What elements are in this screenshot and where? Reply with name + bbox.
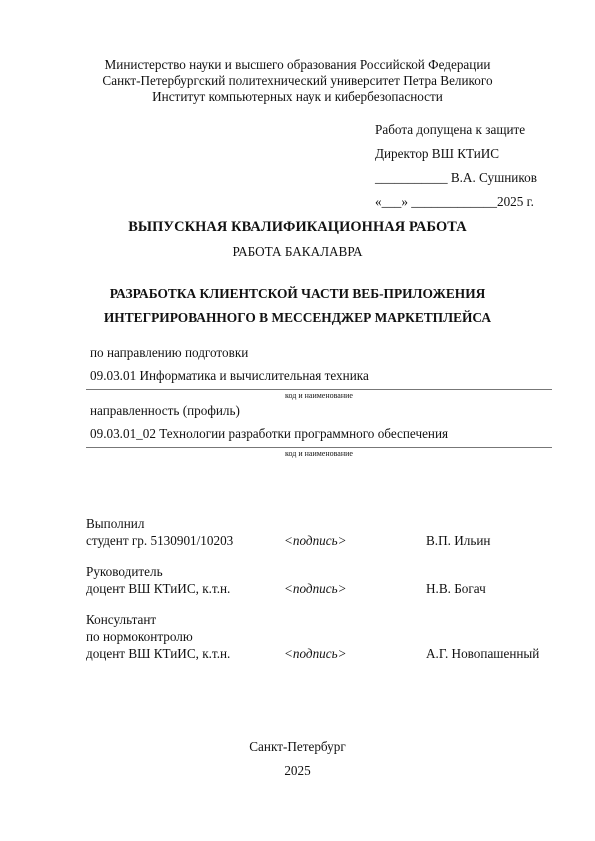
thesis-topic-line-1: РАЗРАБОТКА КЛИЕНТСКОЙ ЧАСТИ ВЕБ-ПРИЛОЖЕН… xyxy=(0,285,595,303)
footer-year: 2025 xyxy=(0,763,595,779)
profile-label: направленность (профиль) xyxy=(90,403,240,419)
footer-city: Санкт-Петербург xyxy=(0,739,595,755)
signatory-role: Руководитель xyxy=(86,564,163,580)
direction-value: 09.03.01 Информатика и вычислительная те… xyxy=(90,368,369,384)
approval-date-line: «___» _____________2025 г. xyxy=(375,194,534,210)
signatory-role-detail: по нормоконтролю xyxy=(86,629,193,645)
approval-admitted: Работа допущена к защите xyxy=(375,122,525,138)
signatory-name: В.П. Ильин xyxy=(426,533,490,549)
profile-caption: код и наименование xyxy=(86,449,552,459)
signature-placeholder: <подпись> xyxy=(284,533,347,549)
thesis-topic-line-2: ИНТЕГРИРОВАННОГО В МЕССЕНДЖЕР МАРКЕТПЛЕЙ… xyxy=(0,309,595,327)
direction-label: по направлению подготовки xyxy=(90,345,248,361)
direction-caption: код и наименование xyxy=(86,391,552,401)
signature-placeholder: <подпись> xyxy=(284,581,347,597)
signature-placeholder: <подпись> xyxy=(284,646,347,662)
profile-value: 09.03.01_02 Технологии разработки програ… xyxy=(90,426,448,442)
university-line: Санкт-Петербургский политехнический унив… xyxy=(0,73,595,89)
document-subtitle: РАБОТА БАКАЛАВРА xyxy=(0,244,595,260)
signatory-position: доцент ВШ КТиИС, к.т.н. xyxy=(86,581,230,597)
signatory-role: Выполнил xyxy=(86,516,144,532)
signatory-role: Консультант xyxy=(86,612,156,628)
signatory-name: А.Г. Новопашенный xyxy=(426,646,539,662)
document-title: ВЫПУСКНАЯ КВАЛИФИКАЦИОННАЯ РАБОТА xyxy=(0,218,595,236)
signatory-name: Н.В. Богач xyxy=(426,581,486,597)
signatory-position: доцент ВШ КТиИС, к.т.н. xyxy=(86,646,230,662)
institute-line: Институт компьютерных наук и кибербезопа… xyxy=(0,89,595,105)
approval-signature-line: ___________ В.А. Сушников xyxy=(375,170,537,186)
profile-underline xyxy=(86,447,552,448)
direction-underline xyxy=(86,389,552,390)
signatory-position: студент гр. 5130901/10203 xyxy=(86,533,233,549)
approval-position: Директор ВШ КТиИС xyxy=(375,146,499,162)
ministry-line: Министерство науки и высшего образования… xyxy=(0,57,595,73)
